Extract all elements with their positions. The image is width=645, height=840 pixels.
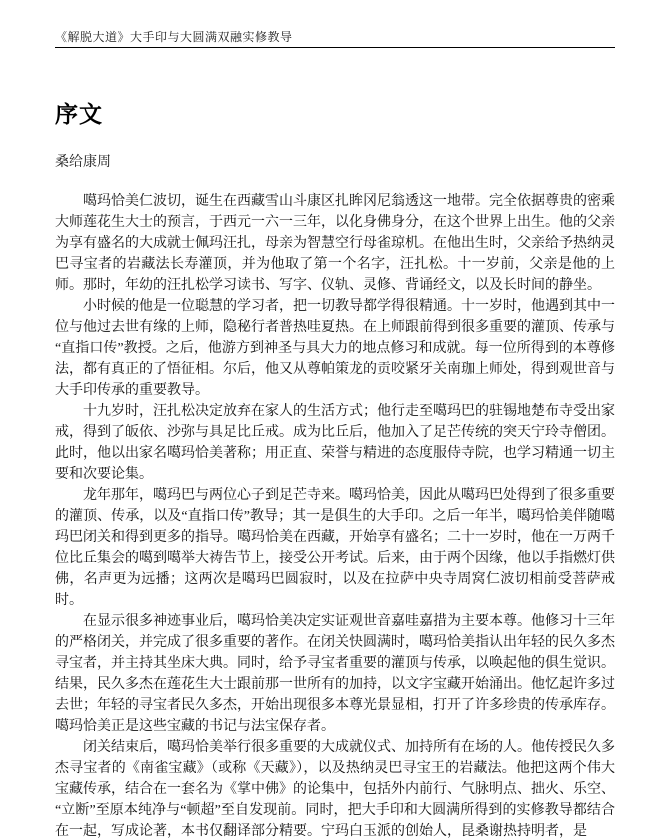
document-page: 《解脱大道》大手印与大圆满双融实修教导 序文 桑给康周 噶玛恰美仁波切，诞生在西… [0, 0, 645, 840]
paragraph: 噶玛恰美仁波切，诞生在西藏雪山斗康区扎眸冈尼翁透这一地带。完全依据尊贵的密乘大师… [55, 191, 615, 296]
running-header: 《解脱大道》大手印与大圆满双融实修教导 [55, 30, 615, 48]
paragraph: 闭关结束后，噶玛恰美举行很多重要的大成就仪式、加持所有在场的人。他传授民久多杰寻… [55, 737, 615, 840]
section-title: 序文 [55, 101, 615, 127]
author-name: 桑给康周 [55, 154, 615, 172]
paragraph: 小时候的他是一位聪慧的学习者，把一切教导都学得很精通。十一岁时，他遇到其中一位与… [55, 296, 615, 401]
paragraph: 十九岁时，汪扎松决定放弃在家人的生活方式；他行走至噶玛巴的驻锡地楚布寺受出家戒，… [55, 401, 615, 485]
body-text: 噶玛恰美仁波切，诞生在西藏雪山斗康区扎眸冈尼翁透这一地带。完全依据尊贵的密乘大师… [55, 191, 615, 840]
paragraph: 在显示很多神迹事业后，噶玛恰美决定实证观世音嘉哇嘉措为主要本尊。他修习十三年的严… [55, 611, 615, 737]
paragraph: 龙年那年，噶玛巴与两位心子到足芒寺来。噶玛恰美，因此从噶玛巴处得到了很多重要的灌… [55, 485, 615, 611]
